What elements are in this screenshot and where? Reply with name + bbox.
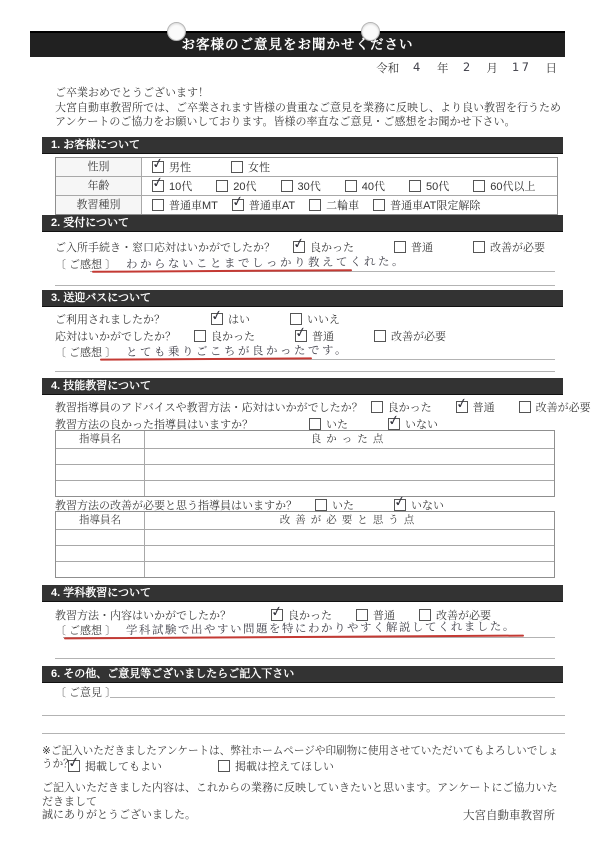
comment-label: 〔 ご感想 〕 xyxy=(55,256,116,272)
column-header-instructor-name: 指導員名 xyxy=(56,512,145,529)
checkbox-icon xyxy=(271,609,283,621)
option-label: 男性 xyxy=(169,159,191,175)
question-text: 教習指導員のアドバイスや教習方法・応対はいかがでしたか？ xyxy=(55,399,363,415)
checkbox-icon xyxy=(373,199,385,211)
checkbox-icon xyxy=(211,313,223,325)
option-good: 良かった xyxy=(371,399,432,415)
date-year-unit: 年 xyxy=(437,60,449,76)
table-row-age: 年齢 10代 20代 30代 40代 50代 60代以上 xyxy=(56,176,557,195)
checkbox-icon xyxy=(371,401,383,413)
intro-paragraph: ご卒業おめでとうございます！ 大宮自動車教習所では、ご卒業されます皆様の貴重なご… xyxy=(55,86,567,130)
form-title-bar: お客様のご意見をお聞かせください xyxy=(30,31,565,57)
option-female: 女性 xyxy=(231,159,270,175)
checkbox-icon xyxy=(388,418,400,430)
option-label: 普通 xyxy=(473,399,495,415)
option-label: はい xyxy=(228,311,250,327)
checkbox-icon xyxy=(232,199,244,211)
table-row-gender: 性別 男性 女性 xyxy=(56,158,557,176)
publication-permission-options: 掲載してもよい 掲載は控えてほしい xyxy=(68,758,573,774)
intro-line: 大宮自動車教習所では、ご卒業されます皆様の貴重なご意見を業務に反映し、より良い教… xyxy=(55,101,567,116)
checkbox-icon xyxy=(194,330,206,342)
option-needs-improvement: 改善が必要 xyxy=(519,399,591,415)
scanned-questionnaire-page: お客様のご意見をお聞かせください 令和 4 年 2 月 17 日 ご卒業おめでと… xyxy=(0,0,595,841)
date-year-handwritten: 4 xyxy=(413,60,423,76)
option-label: 改善が必要 xyxy=(490,239,545,255)
date-month-unit: 月 xyxy=(486,60,498,76)
intro-line: ご卒業おめでとうございます！ xyxy=(55,86,567,101)
section-heading-reception: 2. 受付について xyxy=(42,215,563,232)
section-heading-classroom-training: 4. 学科教習について xyxy=(42,585,563,602)
date-line: 令和 4 年 2 月 17 日 xyxy=(260,60,565,76)
option-normal: 普通 xyxy=(456,399,495,415)
date-day-unit: 日 xyxy=(546,60,558,76)
empty-table-row xyxy=(56,464,554,480)
option-label: 二輪車 xyxy=(326,197,359,213)
checkbox-icon xyxy=(394,241,406,253)
answer-line xyxy=(55,371,555,372)
closing-line: ご記入いただきました内容は、これからの業務に反映していきたいと思います。アンケー… xyxy=(42,782,565,809)
row-label: 性別 xyxy=(56,158,142,176)
row-label: 年齢 xyxy=(56,177,142,195)
empty-table-row xyxy=(56,561,554,577)
column-header-good-points: 良かった点 xyxy=(145,431,554,448)
row-label: 教習種別 xyxy=(56,196,142,214)
option-label: 良かった xyxy=(310,239,354,255)
date-month-handwritten: 2 xyxy=(462,60,472,76)
good-instructor-table: 指導員名 良かった点 xyxy=(55,430,555,497)
improvement-instructor-table: 指導員名 改善が必要と思う点 xyxy=(55,511,555,578)
answer-line xyxy=(55,658,555,659)
option-label: 女性 xyxy=(248,159,270,175)
option-at-limit-removal: 普通車AT限定解除 xyxy=(373,197,480,213)
answer-line xyxy=(110,697,555,698)
checkbox-icon xyxy=(473,180,485,192)
checkbox-icon xyxy=(295,330,307,342)
comment-label: 〔 ご感想 〕 xyxy=(55,344,116,360)
checkbox-icon xyxy=(281,180,293,192)
punch-hole-icon xyxy=(361,22,380,41)
section-heading-customer: 1. お客様について xyxy=(42,137,563,154)
table-header-row: 指導員名 良かった点 xyxy=(56,431,554,448)
red-underline xyxy=(92,269,352,273)
option-male: 男性 xyxy=(152,159,191,175)
reception-question-row: ご入所手続き・窓口応対はいかがでしたか？ 良かった 普通 改善が必要 xyxy=(55,239,560,255)
red-underline xyxy=(100,357,312,360)
checkbox-icon xyxy=(216,180,228,192)
empty-table-row xyxy=(56,545,554,561)
option-label: いいえ xyxy=(307,311,340,327)
option-label: 普通車AT限定解除 xyxy=(390,197,480,213)
question-text: 応対はいかがでしたか？ xyxy=(55,328,176,344)
option-car-mt: 普通車MT xyxy=(152,197,218,213)
option-age-50s: 50代 xyxy=(409,178,449,194)
option-decline-publication: 掲載は控えてほしい xyxy=(218,758,334,774)
section-heading-other-opinions: 6. その他、ご意見等ございましたらご記入下さい xyxy=(42,666,563,683)
option-label: 普通車AT xyxy=(249,197,295,213)
answer-line xyxy=(42,733,565,734)
option-label: 60代以上 xyxy=(490,178,535,194)
table-row-course-type: 教習種別 普通車MT 普通車AT 二輪車 普通車AT限定解除 xyxy=(56,195,557,214)
option-label: 50代 xyxy=(426,178,449,194)
instructor-advice-question-row: 教習指導員のアドバイスや教習方法・応対はいかがでしたか？ 良かった 普通 改善が… xyxy=(55,399,560,415)
answer-line xyxy=(55,285,555,286)
bus-used-question-row: ご利用されましたか？ はい いいえ xyxy=(55,311,560,327)
option-age-20s: 20代 xyxy=(216,178,256,194)
question-text: ご入所手続き・窓口応対はいかがでしたか？ xyxy=(55,239,275,255)
option-label: 普通車MT xyxy=(169,197,218,213)
table-header-row: 指導員名 改善が必要と思う点 xyxy=(56,512,554,529)
checkbox-icon xyxy=(519,401,531,413)
option-needs-improvement: 改善が必要 xyxy=(374,328,446,344)
option-label: 30代 xyxy=(298,178,321,194)
intro-line: アンケートのご協力をお願いしております。皆様の率直なご意見・ご感想をお聞かせ下さ… xyxy=(55,115,567,130)
checkbox-icon xyxy=(68,760,80,772)
date-era-label: 令和 xyxy=(376,60,399,76)
empty-table-row xyxy=(56,448,554,464)
option-label: 掲載は控えてほしい xyxy=(235,758,334,774)
comment-label: 〔 ご感想 〕 xyxy=(55,622,116,638)
option-label: 改善が必要 xyxy=(536,399,591,415)
checkbox-icon xyxy=(152,199,164,211)
page-title: お客様のご意見をお聞かせください xyxy=(182,37,414,52)
option-label: 10代 xyxy=(169,178,192,194)
option-allow-publication: 掲載してもよい xyxy=(68,758,162,774)
option-needs-improvement: 改善が必要 xyxy=(473,239,545,255)
checkbox-icon xyxy=(345,180,357,192)
question-text: ご利用されましたか？ xyxy=(55,311,165,327)
option-yes: はい xyxy=(211,311,250,327)
checkbox-icon xyxy=(152,161,164,173)
option-good: 良かった xyxy=(293,239,354,255)
option-age-10s: 10代 xyxy=(152,178,192,194)
option-label: 40代 xyxy=(362,178,385,194)
checkbox-icon xyxy=(231,161,243,173)
checkbox-icon xyxy=(374,330,386,342)
checkbox-icon xyxy=(152,180,164,192)
option-label: 20代 xyxy=(233,178,256,194)
option-age-30s: 30代 xyxy=(281,178,321,194)
option-label: 普通 xyxy=(411,239,433,255)
checkbox-icon xyxy=(293,241,305,253)
checkbox-icon xyxy=(456,401,468,413)
section-heading-skill-training: 4. 技能教習について xyxy=(42,378,563,395)
checkbox-icon xyxy=(309,199,321,211)
checkbox-icon xyxy=(218,760,230,772)
empty-table-row xyxy=(56,529,554,545)
checkbox-icon xyxy=(409,180,421,192)
answer-line xyxy=(42,715,565,716)
school-signature: 大宮自動車教習所 xyxy=(42,807,555,823)
option-car-at: 普通車AT xyxy=(232,197,295,213)
option-age-40s: 40代 xyxy=(345,178,385,194)
option-age-60s: 60代以上 xyxy=(473,178,535,194)
checkbox-icon xyxy=(473,241,485,253)
checkbox-icon xyxy=(394,499,406,511)
customer-info-table: 性別 男性 女性 年齢 10代 20代 30代 40代 50代 60代以上 教習… xyxy=(55,157,558,215)
section-heading-shuttle-bus: 3. 送迎バスについて xyxy=(42,290,563,307)
empty-table-row xyxy=(56,480,554,496)
option-label: 掲載してもよい xyxy=(85,758,162,774)
option-label: 改善が必要 xyxy=(391,328,446,344)
checkbox-icon xyxy=(309,418,321,430)
option-motorcycle: 二輪車 xyxy=(309,197,359,213)
comment-label: 〔 ご意見 〕 xyxy=(55,684,116,700)
date-day-handwritten: 17 xyxy=(512,60,532,76)
column-header-improvement-points: 改善が必要と思う点 xyxy=(145,512,554,529)
column-header-instructor-name: 指導員名 xyxy=(56,431,145,448)
punch-hole-icon xyxy=(167,22,186,41)
option-label: 良かった xyxy=(211,328,255,344)
checkbox-icon xyxy=(315,499,327,511)
option-good: 良かった xyxy=(194,328,255,344)
